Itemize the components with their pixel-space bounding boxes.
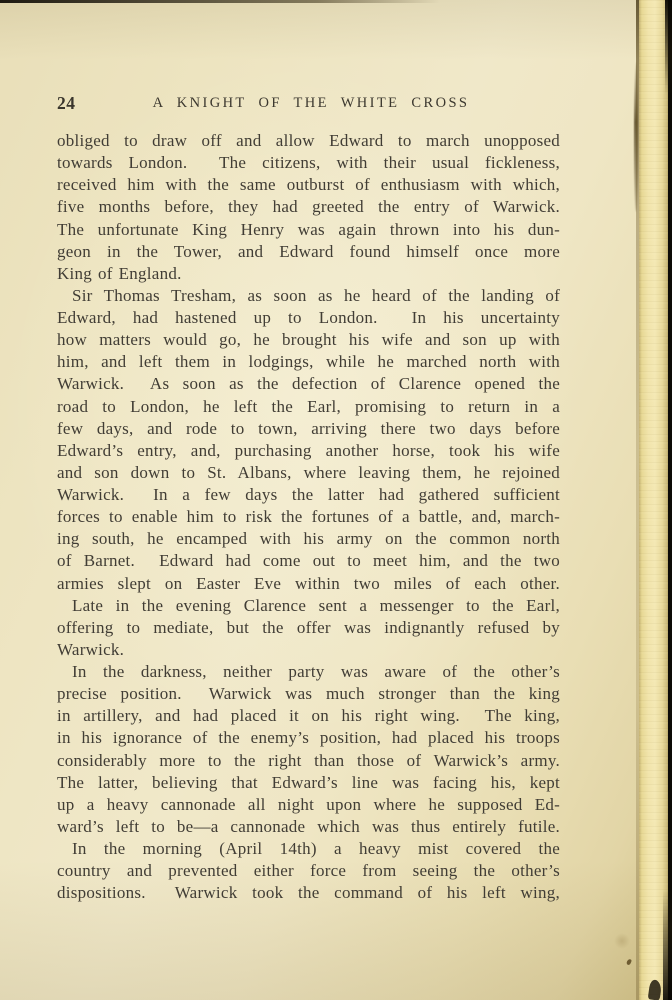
text-line: Edward’s entry, and, purchasing another … <box>57 440 560 462</box>
scan-top-border <box>0 0 440 3</box>
text-line: The unfortunate King Henry was again thr… <box>57 219 560 241</box>
scan-right-edge-bottom <box>663 890 672 1000</box>
text-line: dispositions. Warwick took the command o… <box>57 882 560 904</box>
text-line: few days, and rode to town, arriving the… <box>57 418 560 440</box>
text-line: in his ignorance of the enemy’s position… <box>57 727 560 749</box>
text-line: armies slept on Easter Eve within two mi… <box>57 573 560 595</box>
page-header: 24 A KNIGHT OF THE WHITE CROSS <box>57 93 560 113</box>
text-line: up a heavy cannonade all night upon wher… <box>57 794 560 816</box>
paragraph: Sir Thomas Tresham, as soon as he heard … <box>57 285 560 595</box>
text-block: obliged to draw off and allow Edward to … <box>57 130 560 904</box>
paper-stain <box>614 933 630 949</box>
text-line: Warwick. <box>57 639 560 661</box>
text-line: Edward, had hastened up to London. In hi… <box>57 307 560 329</box>
text-line: him, and left them in lodgings, while he… <box>57 351 560 373</box>
text-line: Sir Thomas Tresham, as soon as he heard … <box>57 285 560 307</box>
fore-edge-striations <box>639 0 668 1000</box>
text-line: In the darkness, neither party was aware… <box>57 661 560 683</box>
text-line: King of England. <box>57 263 560 285</box>
text-line: five months before, they had greeted the… <box>57 196 560 218</box>
text-line: road to London, he left the Earl, promis… <box>57 396 560 418</box>
running-title: A KNIGHT OF THE WHITE CROSS <box>117 95 505 112</box>
text-line: Late in the evening Clarence sent a mess… <box>57 595 560 617</box>
page-number: 24 <box>57 93 76 114</box>
text-line: received him with the same outburst of e… <box>57 174 560 196</box>
text-line: in artillery, and had placed it on his r… <box>57 705 560 727</box>
text-line: The latter, believing that Edward’s line… <box>57 772 560 794</box>
text-line: and son down to St. Albans, where leavin… <box>57 462 560 484</box>
text-line: towards London. The citizens, with their… <box>57 152 560 174</box>
text-line: considerably more to the right than thos… <box>57 750 560 772</box>
text-line: Warwick. As soon as the defection of Cla… <box>57 373 560 395</box>
paragraph: obliged to draw off and allow Edward to … <box>57 130 560 285</box>
scan-right-edge-top <box>665 0 672 95</box>
paragraph: In the darkness, neither party was aware… <box>57 661 560 838</box>
text-line: of Barnet. Edward had come out to meet h… <box>57 550 560 572</box>
paragraph: Late in the evening Clarence sent a mess… <box>57 595 560 661</box>
text-line: obliged to draw off and allow Edward to … <box>57 130 560 152</box>
text-line: ing south, he encamped with his army on … <box>57 528 560 550</box>
paragraph: In the morning (April 14th) a heavy mist… <box>57 838 560 904</box>
text-line: how matters would go, he brought his wif… <box>57 329 560 351</box>
text-line: In the morning (April 14th) a heavy mist… <box>57 838 560 860</box>
text-line: precise position. Warwick was much stron… <box>57 683 560 705</box>
text-line: offering to mediate, but the offer was i… <box>57 617 560 639</box>
text-line: geon in the Tower, and Edward found hims… <box>57 241 560 263</box>
text-line: ward’s left to be—a cannonade which was … <box>57 816 560 838</box>
text-line: country and prevented either force from … <box>57 860 560 882</box>
text-line: Warwick. In a few days the latter had ga… <box>57 484 560 506</box>
text-line: forces to enable him to risk the fortune… <box>57 506 560 528</box>
